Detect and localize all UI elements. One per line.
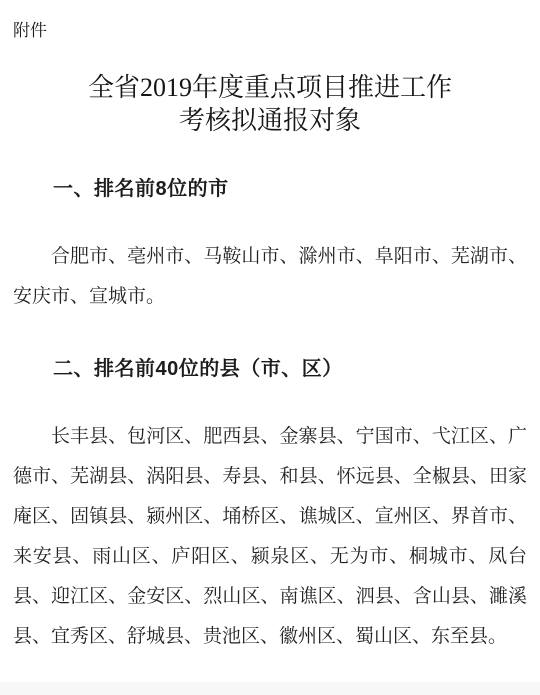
document-page: 附件 全省2019年度重点项目推进工作 考核拟通报对象 一、排名前8位的市 合肥… bbox=[0, 0, 540, 695]
section-body-top8-cities: 合肥市、亳州市、马鞍山市、滁州市、阜阳市、芜湖市、安庆市、宣城市。 bbox=[13, 237, 527, 317]
section-heading-top8-cities: 一、排名前8位的市 bbox=[13, 177, 527, 201]
document-title-line2: 考核拟通报对象 bbox=[0, 104, 540, 137]
attachment-label: 附件 bbox=[0, 0, 540, 42]
section-body-top40-counties: 长丰县、包河区、肥西县、金寨县、宁国市、弋江区、广德市、芜湖县、涡阳县、寿县、和… bbox=[13, 417, 527, 657]
section-top8-cities: 一、排名前8位的市 合肥市、亳州市、马鞍山市、滁州市、阜阳市、芜湖市、安庆市、宣… bbox=[0, 177, 540, 317]
section-heading-top40-counties: 二、排名前40位的县（市、区） bbox=[13, 357, 527, 381]
document-title-line1: 全省2019年度重点项目推进工作 bbox=[0, 71, 540, 104]
section-top40-counties: 二、排名前40位的县（市、区） 长丰县、包河区、肥西县、金寨县、宁国市、弋江区、… bbox=[0, 357, 540, 657]
document-title: 全省2019年度重点项目推进工作 考核拟通报对象 bbox=[0, 71, 540, 137]
page-bottom-shade bbox=[0, 682, 540, 695]
